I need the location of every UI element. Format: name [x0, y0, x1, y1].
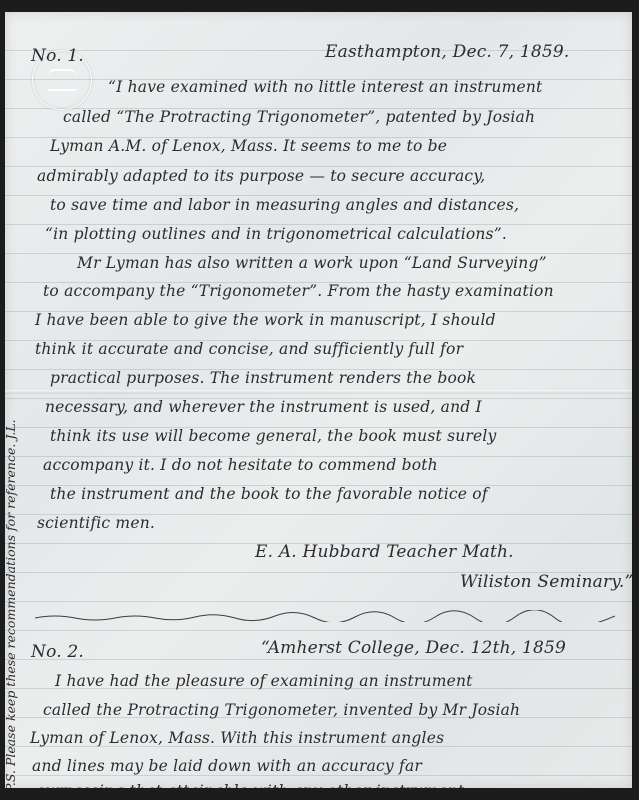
letter2-line: called the Protracting Trigonometer, inv…: [43, 701, 520, 719]
letter1-line: the instrument and the book to the favor…: [50, 485, 488, 503]
letter1-line: Lyman A.M. of Lenox, Mass. It seems to m…: [50, 137, 447, 155]
letter2-line: Lyman of Lenox, Mass. With this instrume…: [30, 729, 444, 747]
letter1-line: practical purposes. The instrument rende…: [50, 369, 476, 387]
letter1-line: think it accurate and concise, and suffi…: [35, 340, 463, 358]
letter1-line: Mr Lyman has also written a work upon “L…: [77, 254, 547, 272]
letter1-line: I have been able to give the work in man…: [35, 311, 496, 329]
letter1-affiliation: Wiliston Seminary.”: [460, 572, 632, 592]
letter2-dateline: “Amherst College, Dec. 12th, 1859: [261, 638, 566, 658]
letter1-line: scientific men.: [37, 514, 155, 532]
letter1-line: accompany it. I do not hesitate to comme…: [43, 456, 438, 474]
letter1-line: “in plotting outlines and in trigonometr…: [45, 225, 507, 243]
paper-fold: [5, 390, 632, 394]
letter1-line: called “The Protracting Trigonometer”, p…: [63, 108, 535, 126]
letter1-line: think its use will become general, the b…: [50, 427, 497, 445]
letter2-line: surpassing that attainable with any othe…: [37, 782, 464, 788]
letter1-signature: E. A. Hubbard Teacher Math.: [255, 542, 514, 562]
letter1-number: No. 1.: [31, 46, 84, 66]
margin-postscript: P.S. Please keep these recommendations f…: [5, 419, 18, 788]
letter1-line: “I have examined with no little interest…: [108, 78, 542, 96]
letter1-dateline: Easthampton, Dec. 7, 1859.: [325, 42, 570, 62]
letter1-line: to save time and labor in measuring angl…: [50, 196, 519, 214]
letter1-line: to accompany the “Trigonometer”. From th…: [43, 282, 554, 300]
letter1-line: necessary, and wherever the instrument i…: [45, 398, 482, 416]
letter2-number: No. 2.: [31, 642, 84, 662]
section-divider: [35, 610, 615, 622]
letter1-line: admirably adapted to its purpose — to se…: [37, 167, 485, 185]
letter2-line: I have had the pleasure of examining an …: [55, 672, 473, 690]
letter-page: No. 1. Easthampton, Dec. 7, 1859. “I hav…: [5, 12, 632, 788]
letter2-line: and lines may be laid down with an accur…: [32, 757, 422, 775]
